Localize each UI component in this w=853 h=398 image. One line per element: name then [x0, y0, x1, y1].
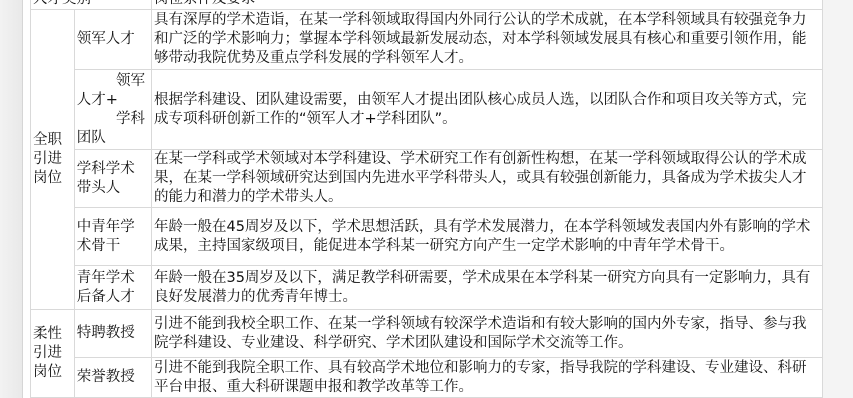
group-flexible: 柔性引进岗位: [31, 310, 75, 398]
page-margin-left: [0, 0, 22, 398]
table-row: 中青年学术骨干 年龄一般在45周岁及以下，学术思想活跃，具有学术发展潜力，在本学…: [31, 208, 823, 266]
table-row: 柔性引进岗位 特聘教授 引进不能到我校全职工作、在某一学科领域有较深学术造诣和有…: [31, 310, 823, 358]
talent-desc: 年龄一般在35周岁及以下，满足教学科研需要，学术成果在本学科某一研究方向具有一定…: [151, 266, 822, 310]
talent-desc: 具有深厚的学术造诣，在某一学科领域取得国内外同行公认的学术成就，在本学科领域具有…: [151, 10, 822, 70]
table-row: 青年学术后备人才 年龄一般在35周岁及以下，满足教学科研需要，学术成果在本学科某…: [31, 266, 823, 310]
group-fulltime: 全职引进岗位: [31, 10, 75, 310]
talent-desc: 在某一学科或学术领域对本学科建设、学术研究工作有创新性构想，在某一学科领域取得公…: [151, 150, 822, 208]
talent-desc: 年龄一般在45周岁及以下，学术思想活跃，具有学术发展潜力，在本学科领域发表国内外…: [151, 208, 822, 266]
table-row: 全职引进岗位 领军人才 具有深厚的学术造诣，在某一学科领域取得国内外同行公认的学…: [31, 10, 823, 70]
talent-requirements-table: 人才类别 岗位条件及要求 全职引进岗位 领军人才 具有深厚的学术造诣，在某一学科…: [30, 0, 823, 398]
header-requirements: 岗位条件及要求: [151, 0, 822, 10]
talent-type: 领军 人才+ 学科 团队: [74, 70, 151, 150]
team-type-label: 领军 人才+ 学科 团队: [77, 72, 149, 148]
table-row: 荣誉教授 引进不能到我院全职工作、具有较高学术地位和影响力的专家，指导我院的学科…: [31, 358, 823, 398]
talent-type: 领军人才: [74, 10, 151, 70]
page-margin-right: [823, 0, 853, 398]
talent-type: 特聘教授: [74, 310, 151, 358]
talent-desc: 根据学科建设、团队建设需要，由领军人才提出团队核心成员人选，以团队合作和项目攻关…: [151, 70, 822, 150]
talent-desc: 引进不能到我校全职工作、在某一学科领域有较深学术造诣和有较大影响的国内外专家，指…: [151, 310, 822, 358]
talent-type: 青年学术后备人才: [74, 266, 151, 310]
table-header-row: 人才类别 岗位条件及要求: [31, 0, 823, 10]
talent-type: 学科学术带头人: [74, 150, 151, 208]
table-row: 领军 人才+ 学科 团队 根据学科建设、团队建设需要，由领军人才提出团队核心成员…: [31, 70, 823, 150]
header-category: 人才类别: [31, 0, 152, 10]
talent-type: 荣誉教授: [74, 358, 151, 398]
table-row: 学科学术带头人 在某一学科或学术领域对本学科建设、学术研究工作有创新性构想，在某…: [31, 150, 823, 208]
talent-desc: 引进不能到我院全职工作、具有较高学术地位和影响力的专家，指导我院的学科建设、专业…: [151, 358, 822, 398]
talent-type: 中青年学术骨干: [74, 208, 151, 266]
